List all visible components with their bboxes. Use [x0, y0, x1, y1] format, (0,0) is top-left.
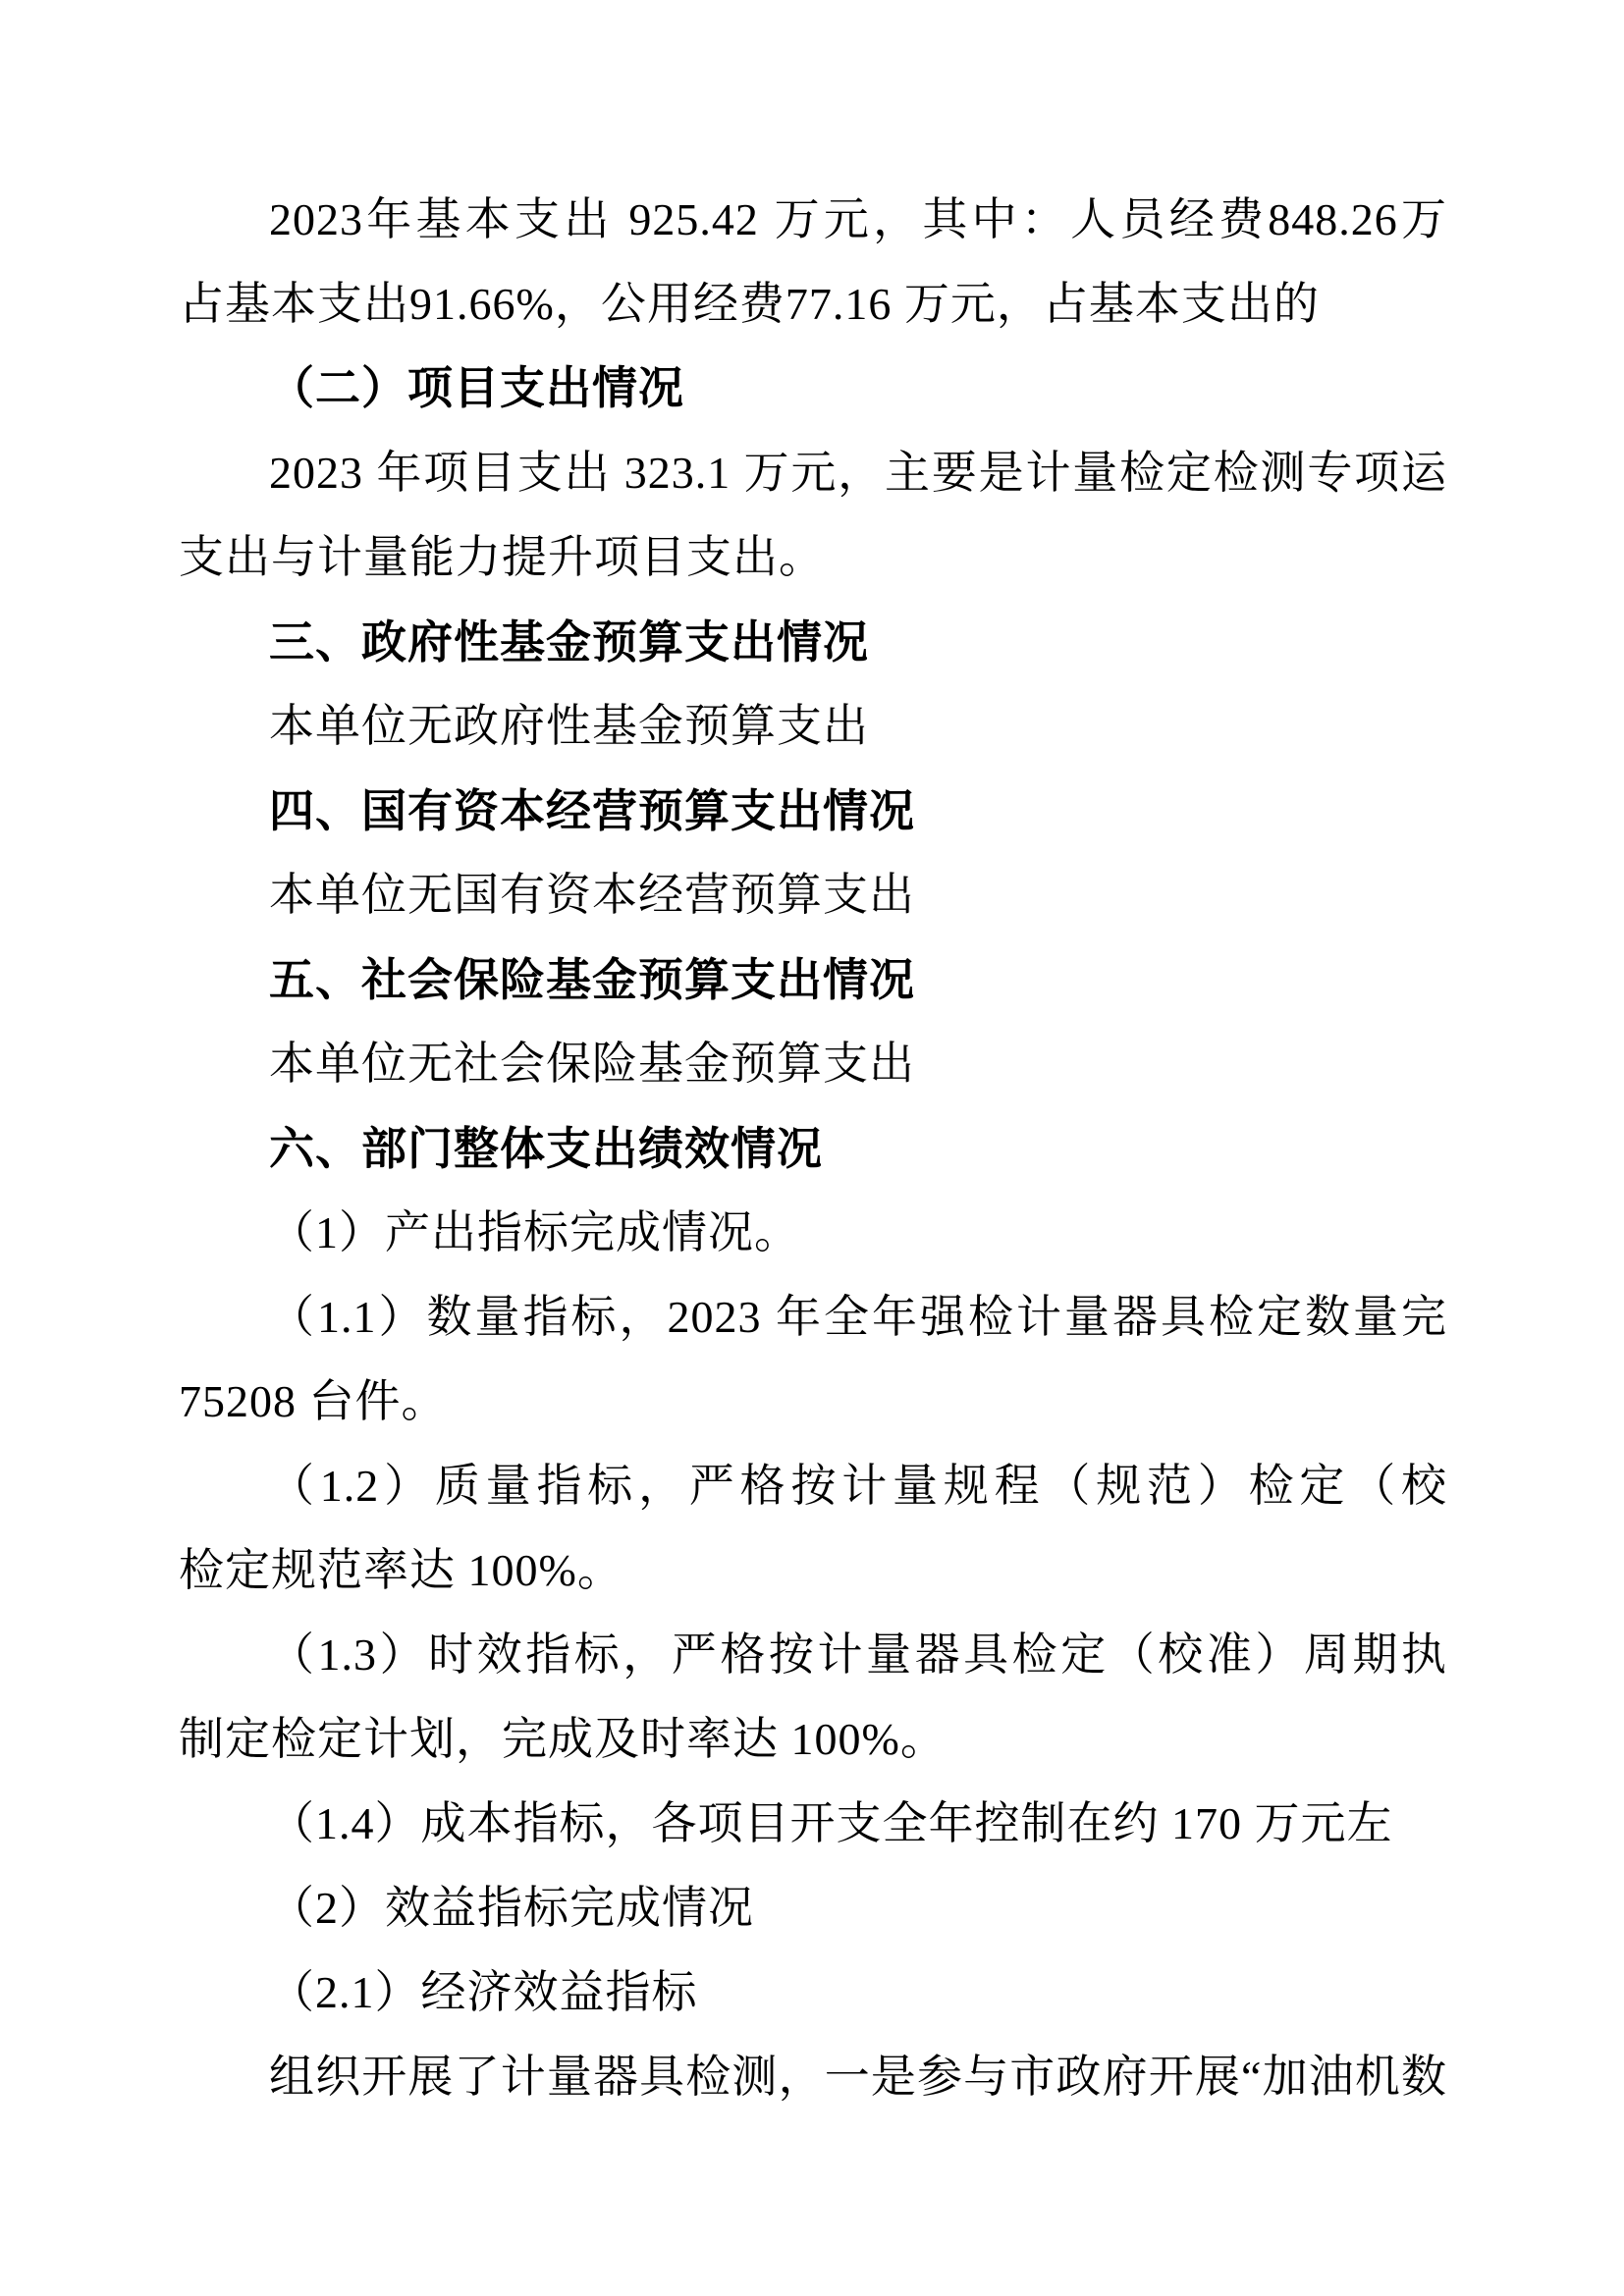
- text-line: 检定规范率达 100%。: [179, 1528, 1447, 1613]
- text-line: 本单位无社会保险基金预算支出: [179, 1022, 1447, 1106]
- text-line: 本单位无国有资本经营预算支出: [179, 853, 1447, 937]
- text-line: （1.4）成本指标，各项目开支全年控制在约 170 万元左右。: [179, 1782, 1447, 1866]
- text-line: （1.3）时效指标，严格按计量器具检定（校准）周期执行，: [179, 1613, 1447, 1697]
- text-line: （1）产出指标完成情况。: [179, 1191, 1447, 1275]
- text-line: 75208 台件。: [179, 1360, 1447, 1444]
- text-line: （2.1）经济效益指标: [179, 1950, 1447, 2035]
- text-line: 制定检定计划，完成及时率达 100%。: [179, 1697, 1447, 1782]
- text-line: 六、部门整体支出绩效情况: [179, 1106, 1447, 1191]
- text-line: （1.2）质量指标，严格按计量规程（规范）检定（校准），: [179, 1444, 1447, 1528]
- document-page: 2023年基本支出 925.42 万元，其中：人员经费848.26万元，占基本支…: [0, 0, 1624, 2296]
- text-line: 组织开展了计量器具检测，一是参与市政府开展“加油机数: [179, 2035, 1447, 2119]
- text-line: 四、国有资本经营预算支出情况: [179, 769, 1447, 853]
- text-line: 三、政府性基金预算支出情况: [179, 600, 1447, 684]
- text-line: 支出与计量能力提升项目支出。: [179, 515, 1447, 600]
- text-line: 占基本支出91.66%，公用经费77.16 万元，占基本支出的8.34%。: [179, 262, 1447, 347]
- text-line: 2023 年项目支出 323.1 万元，主要是计量检定检测专项运转类: [179, 431, 1447, 515]
- text-line: 2023年基本支出 925.42 万元，其中：人员经费848.26万元，: [179, 178, 1447, 262]
- text-line: （1.1）数量指标，2023 年全年强检计量器具检定数量完成: [179, 1275, 1447, 1360]
- text-line: 本单位无政府性基金预算支出: [179, 684, 1447, 769]
- text-line: （2）效益指标完成情况: [179, 1866, 1447, 1950]
- text-line: 五、社会保险基金预算支出情况: [179, 937, 1447, 1022]
- text-line: （二）项目支出情况: [179, 347, 1447, 431]
- document-content: 2023年基本支出 925.42 万元，其中：人员经费848.26万元，占基本支…: [179, 178, 1447, 2119]
